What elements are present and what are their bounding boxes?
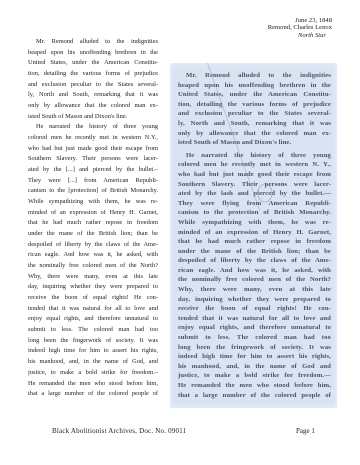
scan-line: colored men he recently met in western N… [178, 160, 331, 170]
scan-line: While sympathizing with them, he was re- [178, 218, 331, 228]
transcription-paragraph-2: He narrated the history of three youngco… [28, 122, 158, 399]
scan-line: that a large number of the colored peopl… [178, 391, 331, 401]
transcription-line: United States, under the American Consti… [28, 58, 158, 69]
transcription-line: despoiled of liberty by the claws of the… [28, 240, 158, 251]
scan-line: minded of an expression of Henry H. Garn… [178, 228, 331, 238]
scan-line: tended that it was natural for all to lo… [178, 314, 331, 324]
transcription-line: long been the fingerwork of society. It … [28, 336, 158, 347]
scan-line: United States, under the American Consti… [178, 90, 331, 100]
scan-line: ated by the lash and pierced by the bull… [178, 189, 331, 199]
scan-line: the nominally free colored men of the No… [178, 275, 331, 285]
transcription-line: that a large number of the colored peopl… [28, 389, 158, 400]
transcription-line: They were [...] from American Republi- [28, 176, 158, 187]
scan-line: isted South of Mason and Dixon's line. [178, 138, 331, 148]
transcription-paragraph-1: Mr. Remond alluded to the indignitieshea… [28, 37, 158, 122]
scan-line: only by allowance that the colored man e… [178, 129, 331, 139]
citation-publication: North Star [268, 32, 332, 39]
scan-line: long been the fringework of society. It … [178, 343, 331, 353]
transcription-line: isted South of Mason and Dixon's line. [28, 112, 158, 123]
scan-line: receive the boon of equal rights! He con… [178, 304, 331, 314]
transcription-line: the nominally free colored men of the No… [28, 261, 158, 272]
scan-line: his manhood, and, in the name of God and [178, 362, 331, 372]
transcription-line: ly, North and South, remarking that it w… [28, 90, 158, 101]
transcription-line: He narrated the history of three young [28, 122, 158, 133]
transcription-column: Mr. Remond alluded to the indignitieshea… [28, 37, 158, 400]
citation-author: Remond, Charles Lenox [268, 24, 332, 31]
scan-text-column: Mr. Remond alluded to the indignitieshea… [178, 71, 331, 400]
transcription-line: rican eagle. And how was it, he asked, w… [28, 250, 158, 261]
transcription-line: heaped upon his unoffending brethren in … [28, 48, 158, 59]
scan-line: heaped upon his unoffending brethren in … [178, 81, 331, 91]
transcription-line: colored men he recently met in western N… [28, 133, 158, 144]
transcription-line: minded of an expression of Henry H. Garn… [28, 208, 158, 219]
transcription-line: day, inquiring whether they were prepare… [28, 282, 158, 293]
scan-line: Why, there were many, even at this late [178, 285, 331, 295]
scan-line: He narrated the history of three young [178, 151, 331, 161]
transcription-line: He remanded the men who stood before him… [28, 379, 158, 390]
scan-line: rican eagle. And how was it, he asked, w… [178, 266, 331, 276]
scan-line: day, inquiring whether they were prepare… [178, 295, 331, 305]
scan-line: canism to the protection of British Mona… [178, 208, 331, 218]
scan-line: indeed high time for him to assert his r… [178, 352, 331, 362]
scan-line: enjoy equal rights, and therefore unnatu… [178, 323, 331, 333]
scan-line: who had but just made good their escape … [178, 170, 331, 180]
transcription-line: submit to less. The colored man had too [28, 325, 158, 336]
scan-paragraph-1: Mr. Remond alluded to the indignitieshea… [178, 71, 331, 148]
scan-line: that he had much rather repose in freedo… [178, 237, 331, 247]
document-page: June 23, 1848 Remond, Charles Lenox Nort… [0, 0, 360, 465]
transcription-line: indeed high time for him to assert his r… [28, 346, 158, 357]
scan-line: despoiled of liberty by the claws of the… [178, 256, 331, 266]
scan-line: submit to less. The colored man had too [178, 333, 331, 343]
transcription-line: his manhood, and, in the name of God, an… [28, 357, 158, 368]
transcription-line: enjoy equal rights, and therefore unnatu… [28, 314, 158, 325]
scan-line: under the mane of the British lion; than… [178, 247, 331, 257]
scan-paragraph-2: He narrated the history of three youngco… [178, 151, 331, 400]
transcription-line: receive the boon of equal rights! He con… [28, 293, 158, 304]
transcription-line: tended that it was natural for all to lo… [28, 304, 158, 315]
scan-line: Southern Slavery. Their persons were lac… [178, 180, 331, 190]
transcription-line: justice, to make a bold strike for freed… [28, 368, 158, 379]
scan-line: justice, to make a bold strike for freed… [178, 371, 331, 381]
footer-doc-number: Black Abolitionist Archives, Doc. No. 09… [52, 427, 186, 435]
transcription-line: Why, there were many, even at this late [28, 272, 158, 283]
transcription-line: tion, detailing the various forms of pre… [28, 69, 158, 80]
citation-date: June 23, 1848 [268, 17, 332, 24]
scan-line: Mr. Remond alluded to the indignities [178, 71, 331, 81]
transcription-line: only by allowance that the colored man e… [28, 101, 158, 112]
transcription-line: Mr. Remond alluded to the indignities [28, 37, 158, 48]
transcription-line: While sympathizing with them, he was re- [28, 197, 158, 208]
transcription-line: that he had much rather repose in freedo… [28, 218, 158, 229]
transcription-line: and exclusion peculiar to the States sev… [28, 80, 158, 91]
transcription-line: Southern Slavery. Their persons were lac… [28, 154, 158, 165]
transcription-line: canism to the [protection] of British Mo… [28, 186, 158, 197]
footer-page-number: Page 1 [296, 427, 315, 435]
scan-line: They were flying from American Republi- [178, 199, 331, 209]
transcription-line: ated by the [...] and pierced by the bul… [28, 165, 158, 176]
citation-header: June 23, 1848 Remond, Charles Lenox Nort… [268, 17, 332, 39]
scan-line: and exclusion peculiar to the States sev… [178, 109, 331, 119]
scan-line: tion, detailing the various forms of pre… [178, 100, 331, 110]
transcription-line: under the mane of the British lion; than… [28, 229, 158, 240]
scan-line: ly, North and South, remarking that it w… [178, 119, 331, 129]
scanned-clipping-image: Mr. Remond alluded to the indignitieshea… [170, 63, 337, 408]
transcription-line: who had but just made good their escape … [28, 144, 158, 155]
scan-line: He remanded the men who stood before him… [178, 381, 331, 391]
